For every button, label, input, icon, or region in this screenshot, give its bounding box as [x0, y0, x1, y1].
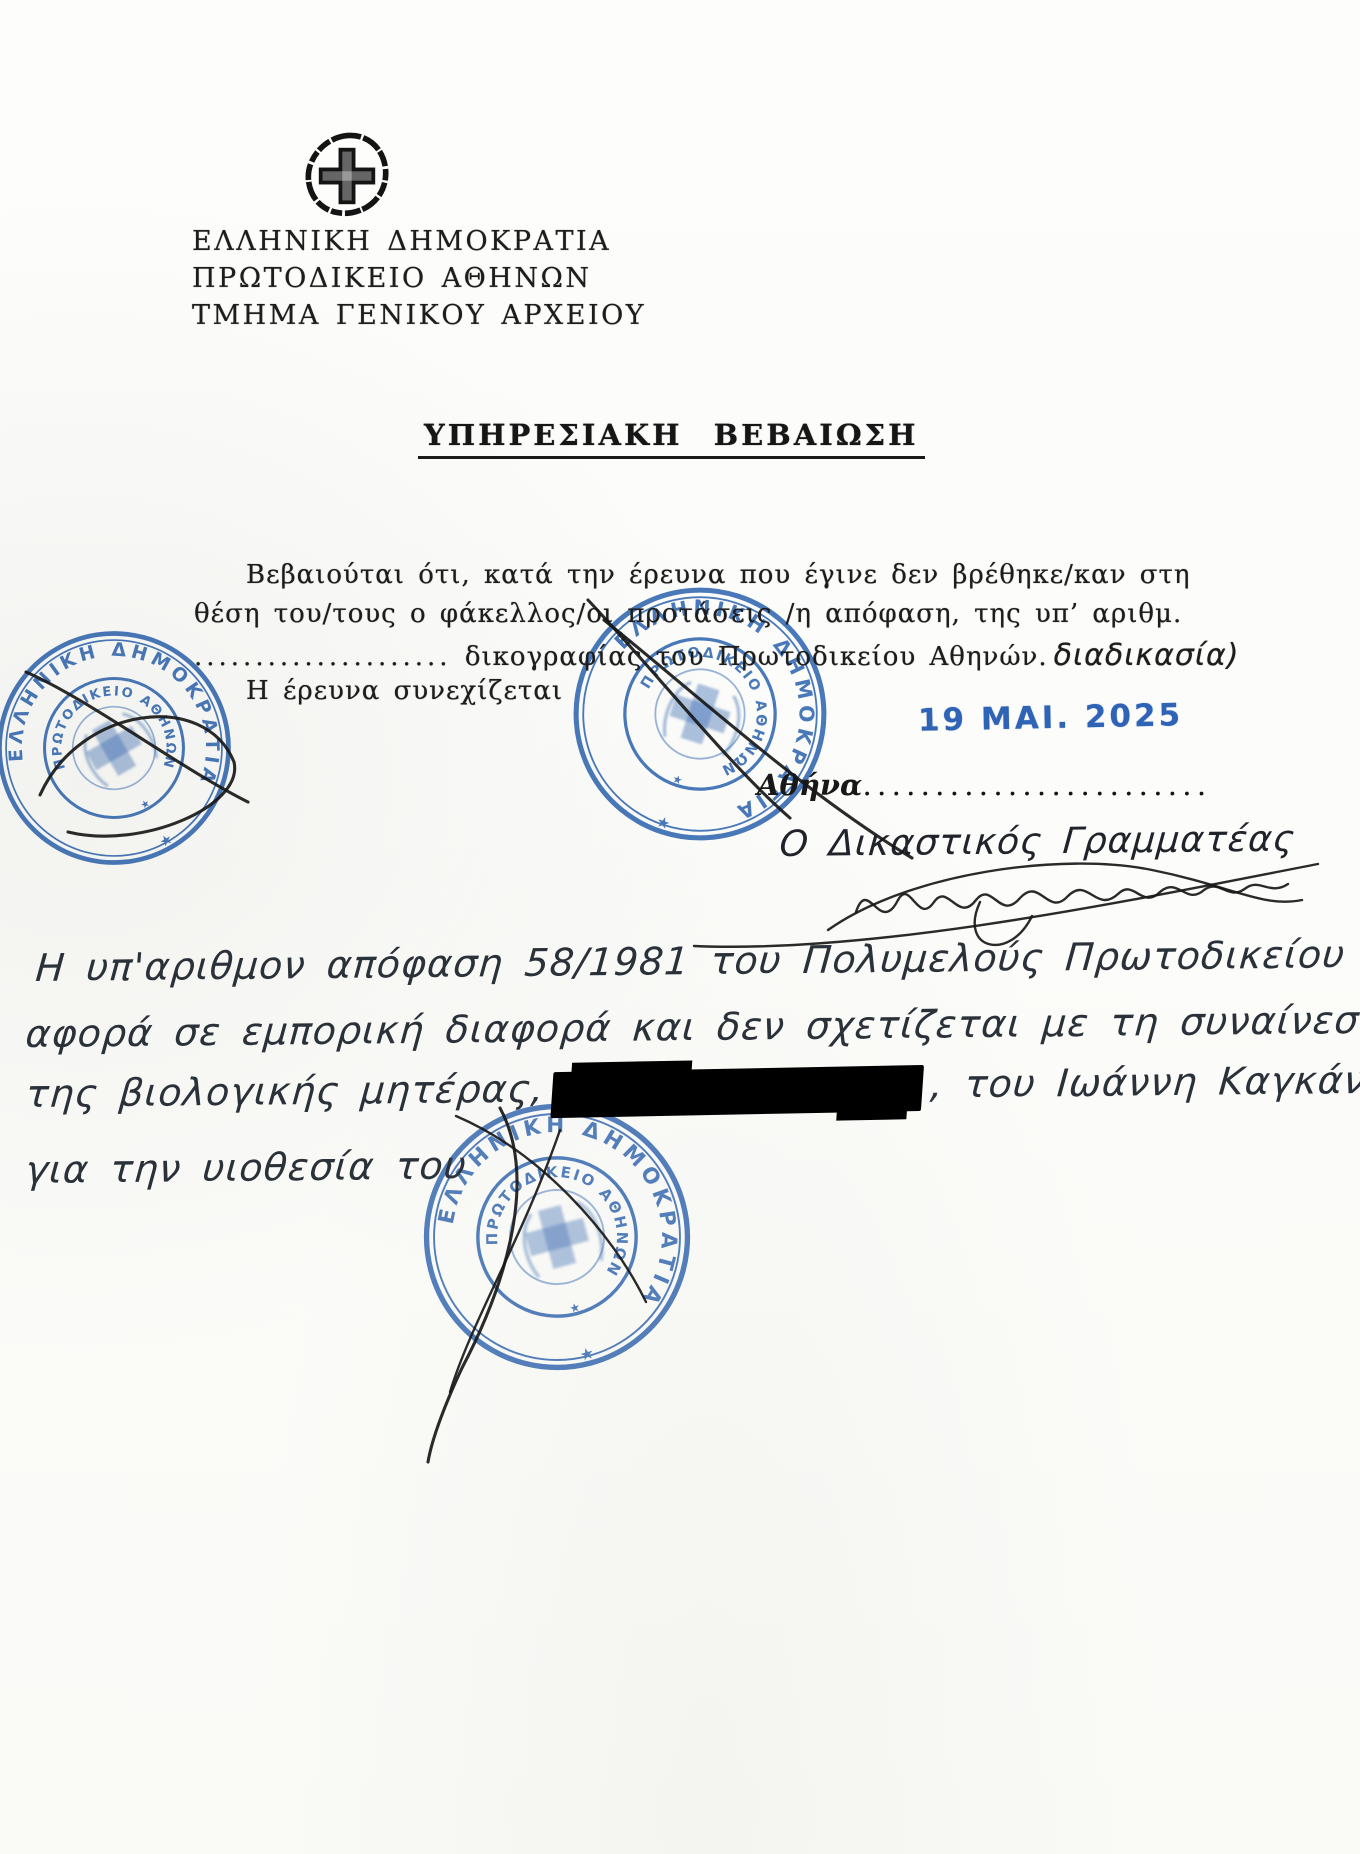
handwritten-insertion: διαδικασία): [1054, 638, 1240, 673]
date-stamp: 19 ΜΑΙ. 2025: [918, 697, 1184, 739]
blank-dotted-field: .....................: [194, 642, 452, 672]
document-title: ΥΠΗΡΕΣΙΑΚΗ ΒΕΒΑΙΩΣΗ: [418, 418, 925, 459]
handwritten-note-line-1: Η υπ'αριθμον απόφαση 58/1981 του Πολυμελ…: [34, 930, 1360, 990]
stamp-star-icon: ★: [138, 797, 152, 812]
handwritten-note-line-2: αφορά σε εμπορική διαφορά και δεν σχετίζ…: [24, 998, 1360, 1056]
court-round-stamp: ΕΛΛΗΝΙΚΗ ΔΗΜΟΚΡΑΤΙΑ ΠΡΩΤΟΔΙΚΕΙΟ ΑΘΗΝΩΝ ★…: [0, 581, 281, 914]
signature-scribble: [828, 864, 1302, 930]
signature-scribble: [856, 884, 1288, 912]
handwritten-note-line-4: για την υιοθεσία του: [24, 1143, 469, 1192]
signatory-role: Ο Δικαστικός Γραμματέας: [778, 819, 1297, 865]
stamp-star-icon: ★: [568, 1300, 582, 1316]
letterhead-line-3: ΤΜΗΜΑ ΓΕΝΙΚΟΥ ΑΡΧΕΙΟΥ: [192, 300, 646, 331]
body-line-1: Βεβαιούται ότι, κατά την έρευνα που έγιν…: [246, 560, 1191, 590]
scanned-court-certificate: ΕΛΛΗΝΙΚΗ ΔΗΜΟΚΡΑΤΙΑ ΠΡΩΤΟΔΙΚΕΙΟ ΑΘΗΝΩΝ Τ…: [0, 0, 1360, 1854]
body-line-3-text: δικογραφίας του Πρωτοδικείου Αθηνών.: [452, 642, 1048, 672]
note-line-3-after: , του Ιωάννη Καγκάνη: [929, 1058, 1360, 1107]
body-line-3: ..................... δικογραφίας του Πρ…: [194, 638, 1240, 673]
hellenic-republic-emblem-icon: [300, 128, 394, 224]
stamp-coat-of-arms: [660, 677, 747, 757]
redaction-bar: [550, 1065, 924, 1118]
dotted-date-field: ........................: [862, 768, 1211, 803]
letterhead-line-1: ΕΛΛΗΝΙΚΗ ΔΗΜΟΚΡΑΤΙΑ: [192, 226, 611, 257]
note-line-3-before: της βιολογικής μητέρας,: [24, 1067, 546, 1116]
body-line-4: Η έρευνα συνεχίζεται: [246, 676, 563, 706]
letterhead-line-2: ΠΡΩΤΟΔΙΚΕΙΟ ΑΘΗΝΩΝ: [192, 263, 592, 294]
stamp-star-icon: ★: [578, 1343, 597, 1365]
handwritten-note-line-3: της βιολογικής μητέρας,, του Ιωάννη Καγκ…: [24, 1058, 1360, 1120]
stamp-coat-of-arms: [75, 707, 161, 789]
place-date-line: Αθήνα........................: [757, 768, 1211, 803]
place-label: Αθήνα: [757, 768, 862, 802]
body-line-2: θέση του/τους ο φάκελλος/οι προτάσεις /η…: [194, 599, 1182, 629]
